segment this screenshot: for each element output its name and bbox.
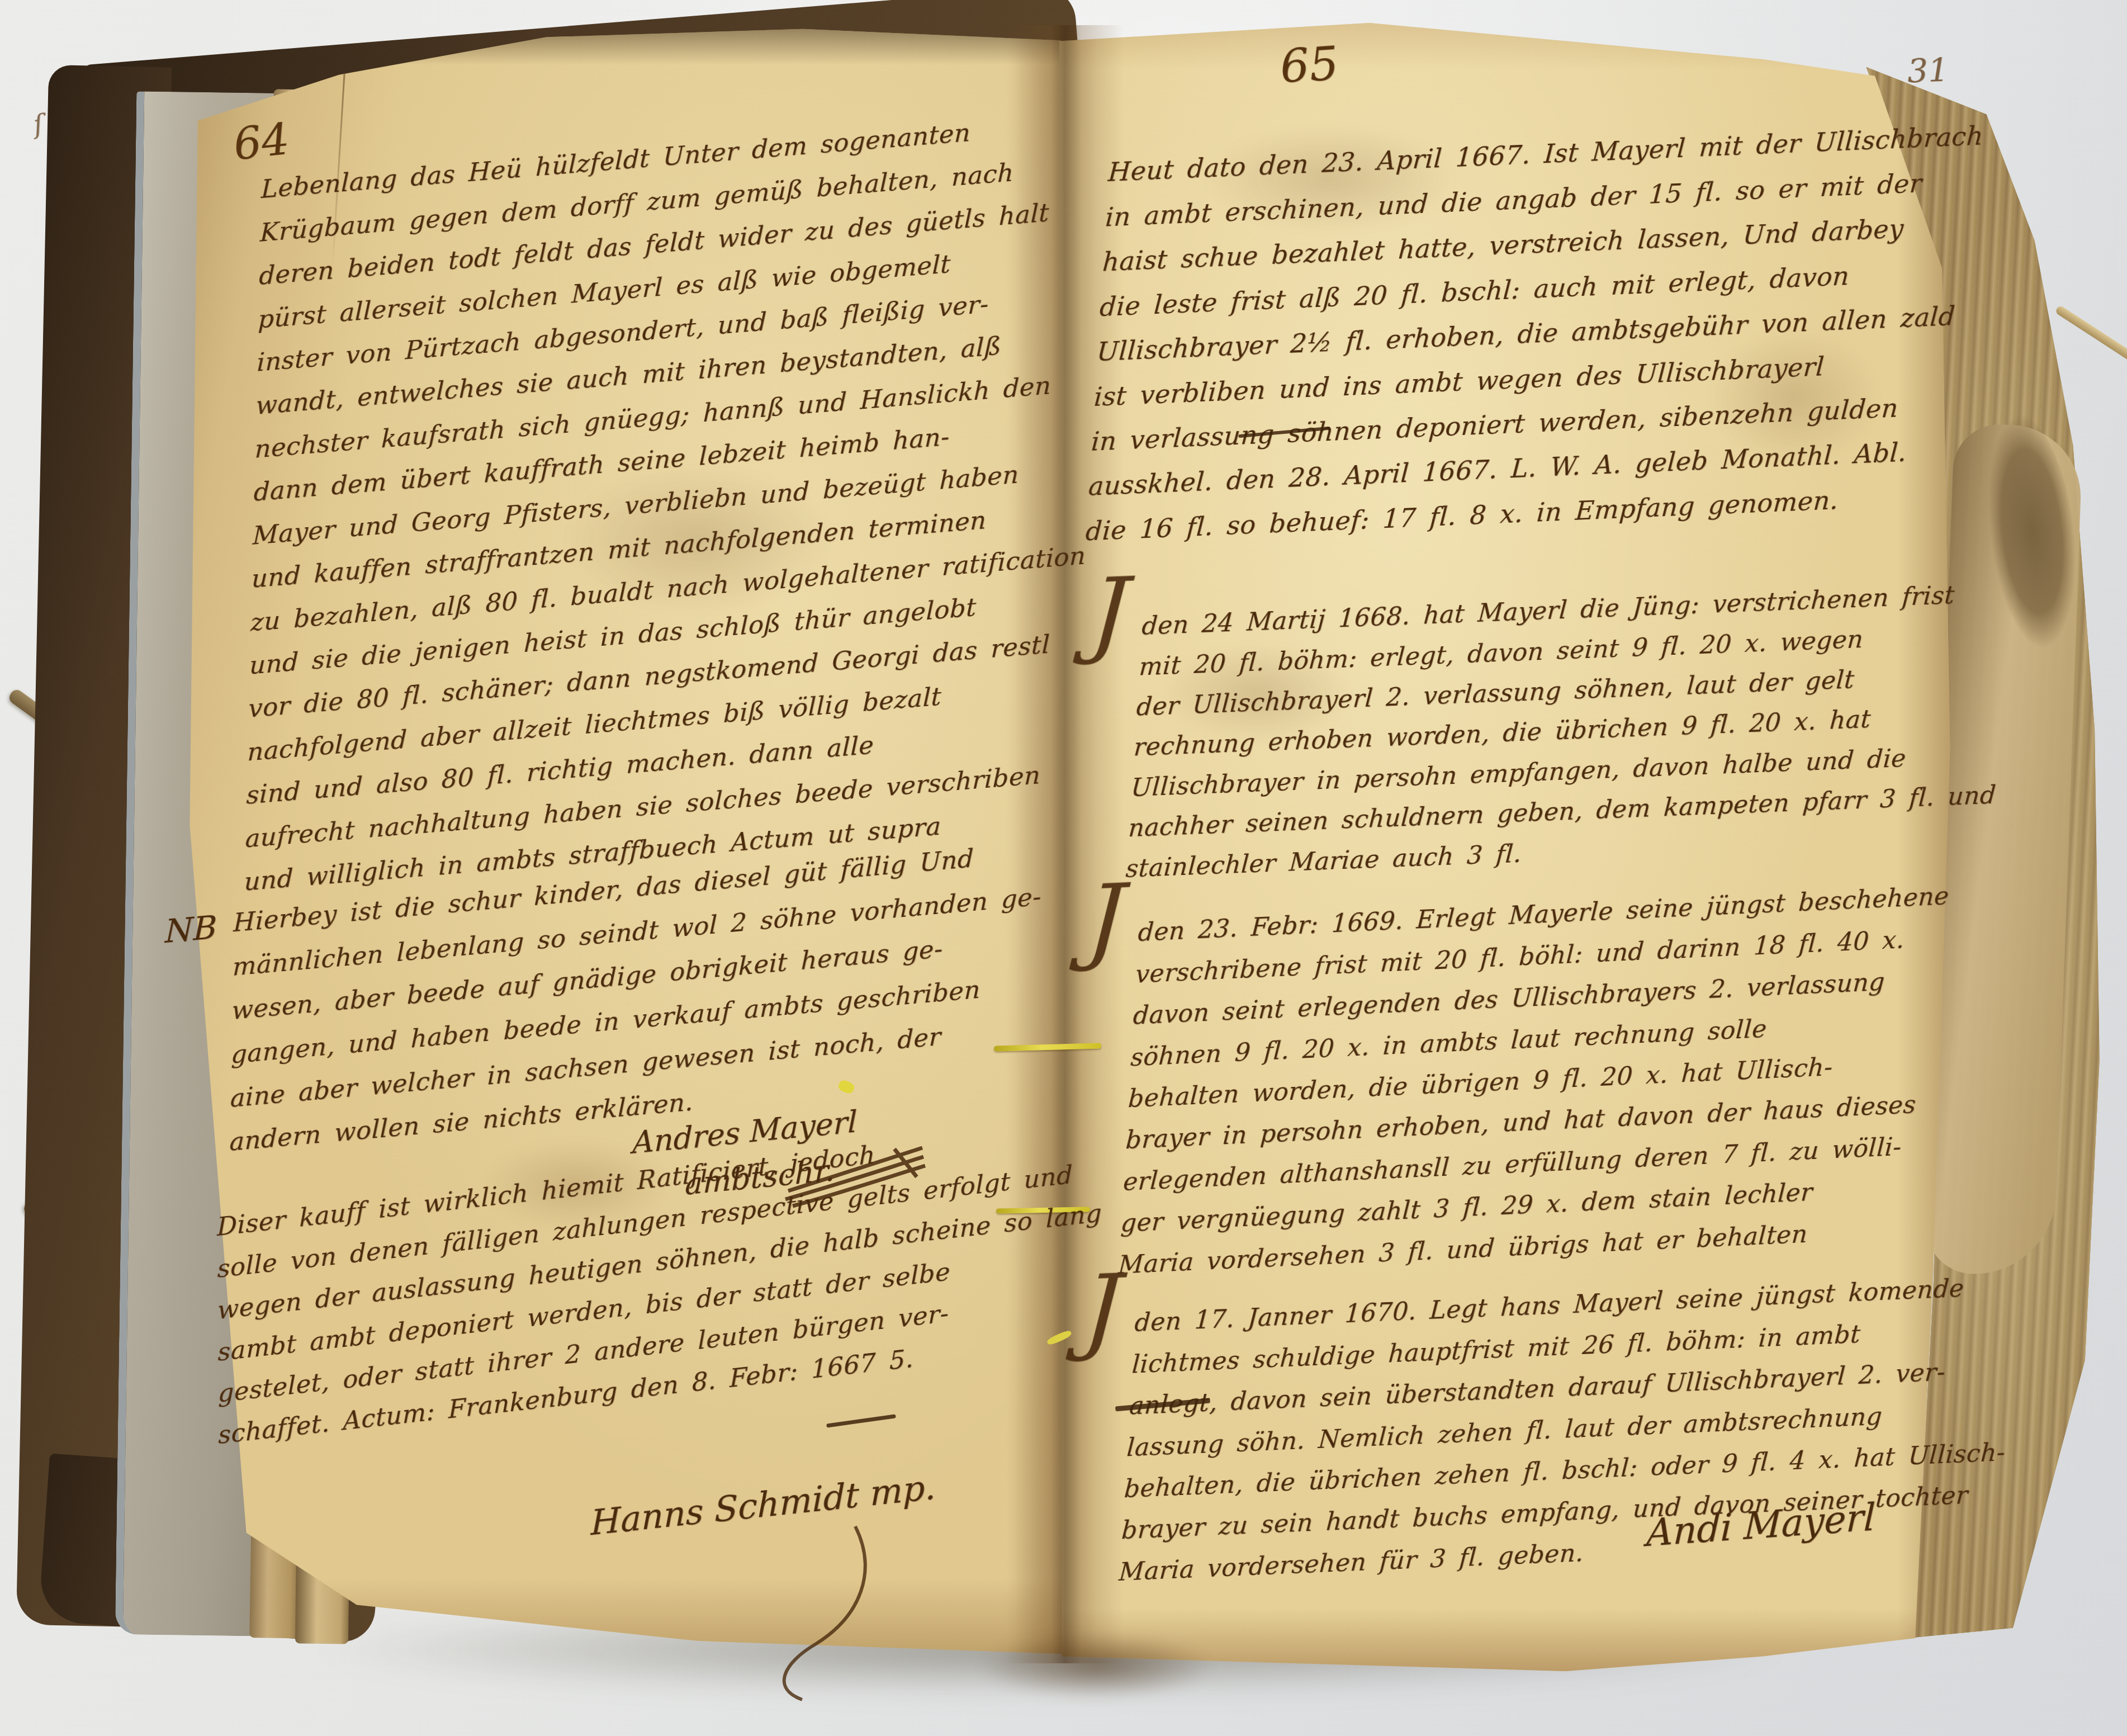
handwriting-paragraph: J den 23. Febr: 1669. Erlegt Mayerle sei… — [1117, 876, 1950, 1286]
page-number-left: 64 — [231, 115, 292, 171]
paragraph-mark: J — [1083, 1288, 1122, 1331]
handwriting-paragraph: J den 24 Martij 1668. hat Mayerl die Jün… — [1124, 573, 2011, 889]
signature-flourish — [688, 1521, 922, 1705]
gutter-bottom-shadow — [939, 1621, 1252, 1711]
folio-number: 31 — [1907, 51, 1949, 91]
manuscript-photo: 64 ſ Lebenlang das Heü hülzfeldt Unter d… — [0, 0, 2127, 1736]
page-number-right: 65 — [1278, 37, 1340, 94]
paragraph-mark: J — [1086, 897, 1126, 940]
handwriting-paragraph: Heut dato den 23. April 1667. Ist Mayerl… — [1084, 113, 1985, 554]
handwriting-paragraph: Lebenlang das Heü hülzfeldt Unter dem so… — [244, 101, 1097, 904]
margin-note-nb: NB — [165, 908, 217, 951]
paragraph-mark: J — [1090, 592, 1130, 633]
handwriting-paragraph: J den 17. Janner 1670. Legt hans Mayerl … — [1117, 1266, 2017, 1593]
